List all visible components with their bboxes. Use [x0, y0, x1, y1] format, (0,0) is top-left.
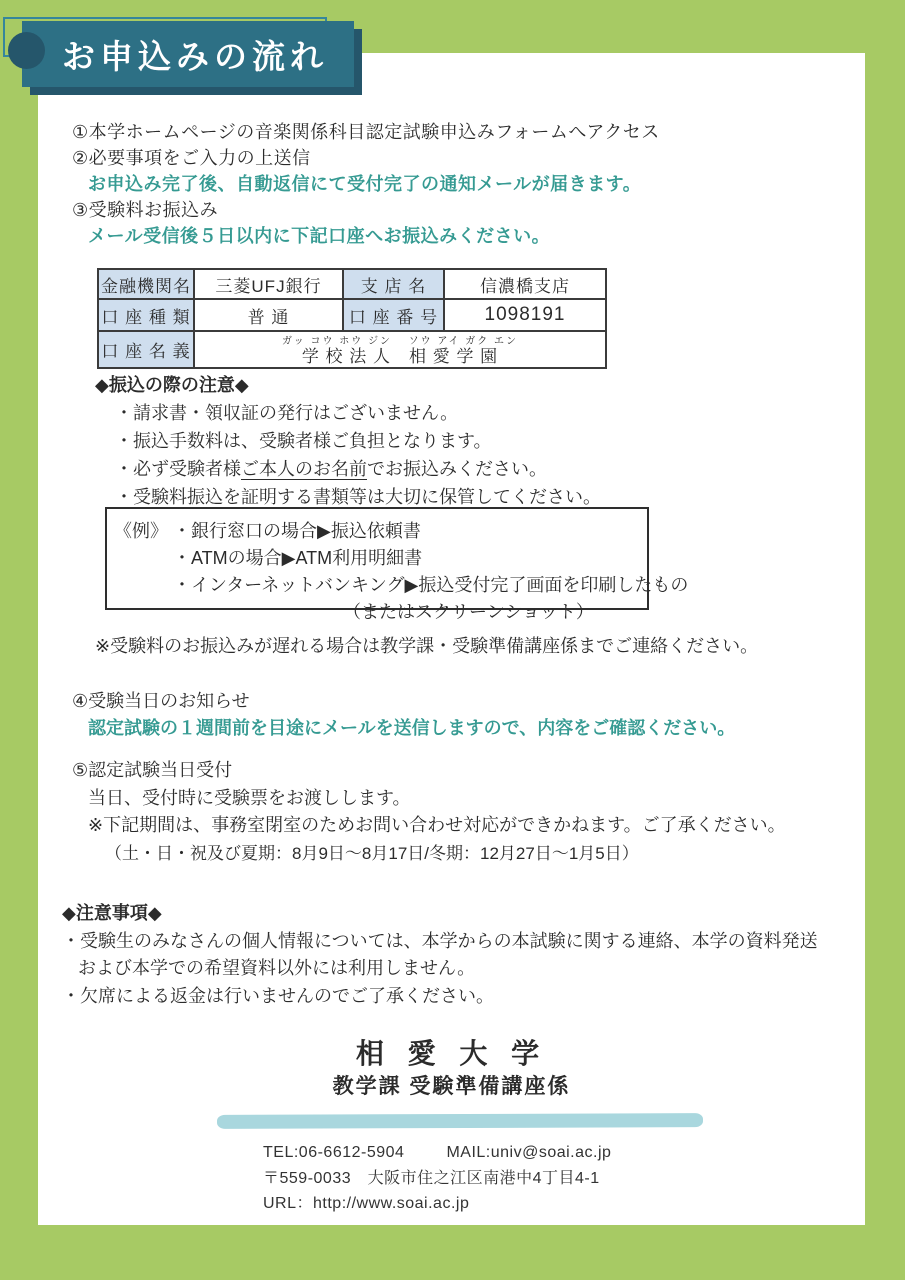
list-item: ・必ず受験者様ご本人のお名前でお振込みください。: [115, 455, 601, 483]
contact-row-tel-mail: TEL:06-6612-5904 MAIL:univ@soai.ac.jp: [263, 1140, 611, 1166]
example-line-atm: ・ATMの場合▶ATM利用明細書: [173, 545, 688, 572]
transfer-notes-heading: ◆振込の際の注意◆: [95, 371, 601, 399]
step-5-section: ⑤認定試験当日受付 当日、受付時に受験票をお渡しします。 ※下記期間は、事務室閉…: [72, 757, 786, 867]
header-branch: 支 店 名: [343, 269, 444, 299]
item3-suffix: でお振込みください。: [367, 459, 547, 479]
cell-branch: 信濃橋支店: [444, 269, 606, 299]
step-5-line2: ※下記期間は、事務室閉室のためお問い合わせ対応ができかねます。ご了承ください。: [88, 812, 786, 840]
transfer-notes-list: ・請求書・領収証の発行はございません。 ・振込手数料は、受験者様ご負担となります…: [115, 399, 601, 511]
notice-heading: ◆注意事項◆: [62, 900, 818, 928]
university-name: 相 愛 大 学: [38, 1032, 865, 1072]
contact-block: TEL:06-6612-5904 MAIL:univ@soai.ac.jp 〒5…: [263, 1140, 611, 1217]
cell-account-type: 普 通: [194, 299, 343, 331]
title-dot-decoration: [8, 32, 45, 69]
step-5-line1: 当日、受付時に受験票をお渡しします。: [88, 785, 786, 813]
application-steps: ①本学ホームページの音楽関係科目認定試験申込みフォームへアクセス ②必要事項をご…: [72, 119, 660, 249]
example-line-screenshot: （またはスクリーンショット）: [343, 599, 688, 626]
cell-account-holder: ガッ コウ ホウ ジン ソウ アイ ガク エン 学 校 法 人 相 愛 学 園: [194, 331, 606, 368]
table-row: 金融機関名 三菱UFJ銀行 支 店 名 信濃橋支店: [98, 269, 606, 299]
page-title-banner: お申込みの流れ: [22, 21, 354, 87]
item3-underlined: ご本人のお名前: [241, 459, 367, 479]
account-holder-name: 学 校 法 人 相 愛 学 園: [195, 347, 605, 366]
contact-mail: MAIL:univ@soai.ac.jp: [446, 1140, 611, 1166]
contact-url: URL：http://www.soai.ac.jp: [263, 1191, 611, 1217]
item3-prefix: ・必ず受験者様: [115, 459, 241, 479]
notice-line3: ・欠席による返金は行いませんのでご了承ください。: [62, 983, 818, 1011]
page-title: お申込みの流れ: [48, 31, 328, 78]
notice-line2: および本学での希望資料以外には利用しません。: [78, 955, 818, 983]
step-4-title: ④受験当日のお知らせ: [72, 688, 735, 715]
bank-account-table: 金融機関名 三菱UFJ銀行 支 店 名 信濃橋支店 口 座 種 類 普 通 口 …: [97, 268, 607, 369]
step-4-section: ④受験当日のお知らせ 認定試験の１週間前を目途にメールを送信しますので、内容をご…: [72, 688, 735, 742]
cell-institution: 三菱UFJ銀行: [194, 269, 343, 299]
department-name: 教学課 受験準備講座係: [38, 1070, 865, 1100]
example-lines: ・銀行窓口の場合▶振込依頼書 ・ATMの場合▶ATM利用明細書 ・インターネット…: [173, 518, 688, 626]
step-3-text: ③受験料お振込み: [72, 197, 660, 223]
step-5-closure-dates: （土・日・祝及び夏期：8月9日〜8月17日/冬期：12月27日〜1月5日）: [105, 840, 786, 868]
header-account-type: 口 座 種 類: [98, 299, 194, 331]
contact-address: 〒559-0033 大阪市住之江区南港中4丁目4-1: [263, 1166, 611, 1192]
cell-account-number: 1098191: [444, 299, 606, 331]
transfer-notes-section: ◆振込の際の注意◆ ・請求書・領収証の発行はございません。 ・振込手数料は、受験…: [95, 371, 601, 511]
step-2-note: お申込み完了後、自動返信にて受付完了の通知メールが届きます。: [88, 171, 660, 197]
brush-stroke-decoration: [217, 1113, 703, 1129]
step-1-text: ①本学ホームページの音楽関係科目認定試験申込みフォームへアクセス: [72, 119, 660, 145]
step-5-title: ⑤認定試験当日受付: [72, 757, 786, 785]
header-account-holder: 口 座 名 義: [98, 331, 194, 368]
example-label: 《例》: [114, 518, 168, 545]
example-box: 《例》 ・銀行窓口の場合▶振込依頼書 ・ATMの場合▶ATM利用明細書 ・インタ…: [105, 507, 649, 610]
example-line-bank-window: ・銀行窓口の場合▶振込依頼書: [173, 518, 688, 545]
step-2-text: ②必要事項をご入力の上送信: [72, 145, 660, 171]
header-institution: 金融機関名: [98, 269, 194, 299]
notice-section: ◆注意事項◆ ・受験生のみなさんの個人情報については、本学からの本試験に関する連…: [62, 900, 818, 1010]
contact-tel: TEL:06-6612-5904: [263, 1140, 404, 1166]
account-holder-furigana: ガッ コウ ホウ ジン ソウ アイ ガク エン: [195, 336, 605, 347]
table-row: 口 座 種 類 普 通 口 座 番 号 1098191: [98, 299, 606, 331]
table-row: 口 座 名 義 ガッ コウ ホウ ジン ソウ アイ ガク エン 学 校 法 人 …: [98, 331, 606, 368]
late-payment-note: ※受験料のお振込みが遅れる場合は教学課・受験準備講座係までご連絡ください。: [95, 632, 758, 658]
header-account-number: 口 座 番 号: [343, 299, 444, 331]
list-item: ・請求書・領収証の発行はございません。: [115, 399, 601, 427]
step-4-note: 認定試験の１週間前を目途にメールを送信しますので、内容をご確認ください。: [88, 715, 735, 742]
list-item: ・振込手数料は、受験者様ご負担となります。: [115, 427, 601, 455]
notice-line1: ・受験生のみなさんの個人情報については、本学からの本試験に関する連絡、本学の資料…: [62, 928, 818, 956]
example-line-internet-banking: ・インターネットバンキング▶振込受付完了画面を印刷したもの: [173, 572, 688, 599]
step-3-note: メール受信後５日以内に下記口座へお振込みください。: [88, 223, 660, 249]
